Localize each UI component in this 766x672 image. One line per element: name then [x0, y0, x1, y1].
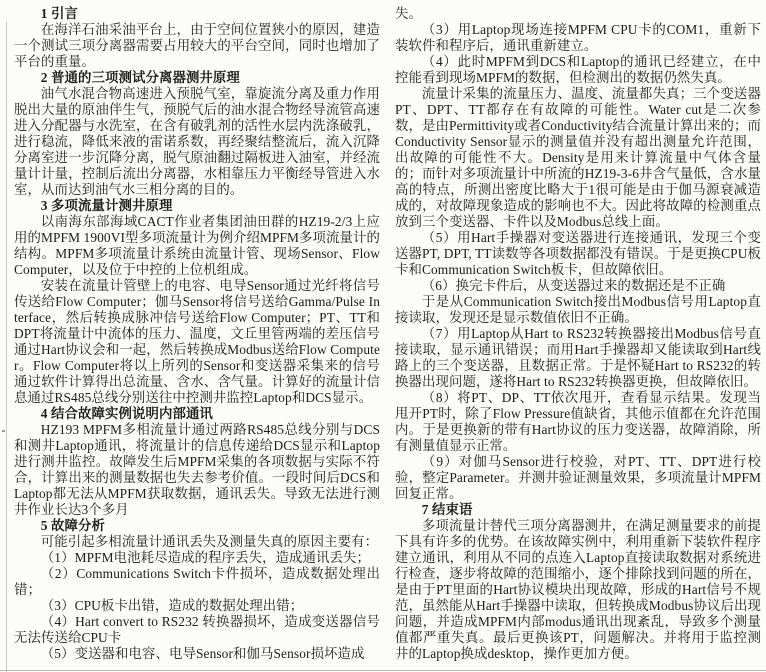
- list-item: （6）换完卡件后，从变送器过来的数据还是不正确: [395, 278, 761, 294]
- paragraph: 可能引起多相流量计通讯丢失及测量失真的原因主要有：: [14, 534, 380, 550]
- paragraph: 安装在流量计管壁上的电容、电导Sensor通过光纤将信号传送给Flow Comp…: [14, 278, 380, 406]
- section-heading: 4 结合故障实例说明内部通讯: [14, 406, 380, 422]
- paragraph-continuation: 失。: [395, 6, 761, 22]
- section-heading: 3 多项流量计测井原理: [14, 198, 380, 214]
- list-item: （7）用Laptop从Hart to RS232转换器接出Modbus信号直接读…: [395, 326, 761, 390]
- text-column-left: 1 引言在海洋石油采油平台上，由于空间位置狭小的原因，建造一个测试三项分离器需要…: [14, 6, 380, 668]
- scan-speck: [2, 430, 5, 432]
- list-item: （4）Hart convert to RS232 转换器损坏，造成变送器信号无法…: [14, 614, 380, 646]
- list-item: （5）用Hart手操器对变送器进行连接通讯，发现三个变送器PT, DPT, TT…: [395, 230, 761, 278]
- scan-edge-line-left: [6, 22, 7, 672]
- list-item: （1）MPFM电池耗尽造成的程序丢失，造成通讯丢失；: [14, 550, 380, 566]
- section-heading: 2 普通的三项测试分离器测井原理: [14, 70, 380, 86]
- text-column-right: 失。（3）用Laptop现场连接MPFM CPU卡的COM1，重新下装软件和程序…: [395, 6, 761, 668]
- paragraph: 以南海东部海域CACT作业者集团油田群的HZ19-2/3上应用的MPFM 190…: [14, 214, 380, 278]
- list-item: （9）对伽马Sensor进行校验，对PT、TT、DPT进行校验，整定Parame…: [395, 454, 761, 502]
- section-heading: 5 故障分析: [14, 518, 380, 534]
- list-item: （3）CPU板卡出错，造成的数据处理出错；: [14, 598, 380, 614]
- paragraph: HZ193 MPFM多相流量计通过两路RS485总线分别与DCS和测井Lapto…: [14, 422, 380, 518]
- paragraph: 流量计采集的流量压力、温度、流量都失真；三个变送器PT、DPT、TT都存在有故障…: [395, 86, 761, 230]
- paragraph: 在海洋石油采油平台上，由于空间位置狭小的原因，建造一个测试三项分离器需要占用较大…: [14, 22, 380, 70]
- scanned-document-page: 1 引言在海洋石油采油平台上，由于空间位置狭小的原因，建造一个测试三项分离器需要…: [0, 0, 766, 672]
- paragraph: 多项流量计替代三项分离器测井，在满足测量要求的前提下具有许多的优势。在该故障实例…: [395, 518, 761, 662]
- list-item: （4）此时MPFM到DCS和Laptop的通讯已经建立，在中控能看到现场MPFM…: [395, 54, 761, 86]
- list-item: （5）变送器和电容、电导Sensor和伽马Sensor损坏造成: [14, 646, 380, 662]
- two-column-text-area: 1 引言在海洋石油采油平台上，由于空间位置狭小的原因，建造一个测试三项分离器需要…: [14, 6, 760, 668]
- list-item: （8）将PT、DP、TT依次甩开，查看显示结果。发现当甩开PT时，除了Flow …: [395, 390, 761, 454]
- scan-edge-line-bottom: [0, 670, 766, 671]
- list-item: （2）Communications Switch卡件损坏，造成数据处理出错；: [14, 566, 380, 598]
- list-item: （3）用Laptop现场连接MPFM CPU卡的COM1，重新下装软件和程序后，…: [395, 22, 761, 54]
- paragraph: 于是从Communication Switch接出Modbus信号用Laptop…: [395, 294, 761, 326]
- paragraph: 油气水混合物高速进入预脱气室，靠旋流分离及重力作用脱出大量的原油伴生气，预脱气后…: [14, 86, 380, 198]
- section-heading: 1 引言: [14, 6, 380, 22]
- section-heading: 7 结束语: [395, 502, 761, 518]
